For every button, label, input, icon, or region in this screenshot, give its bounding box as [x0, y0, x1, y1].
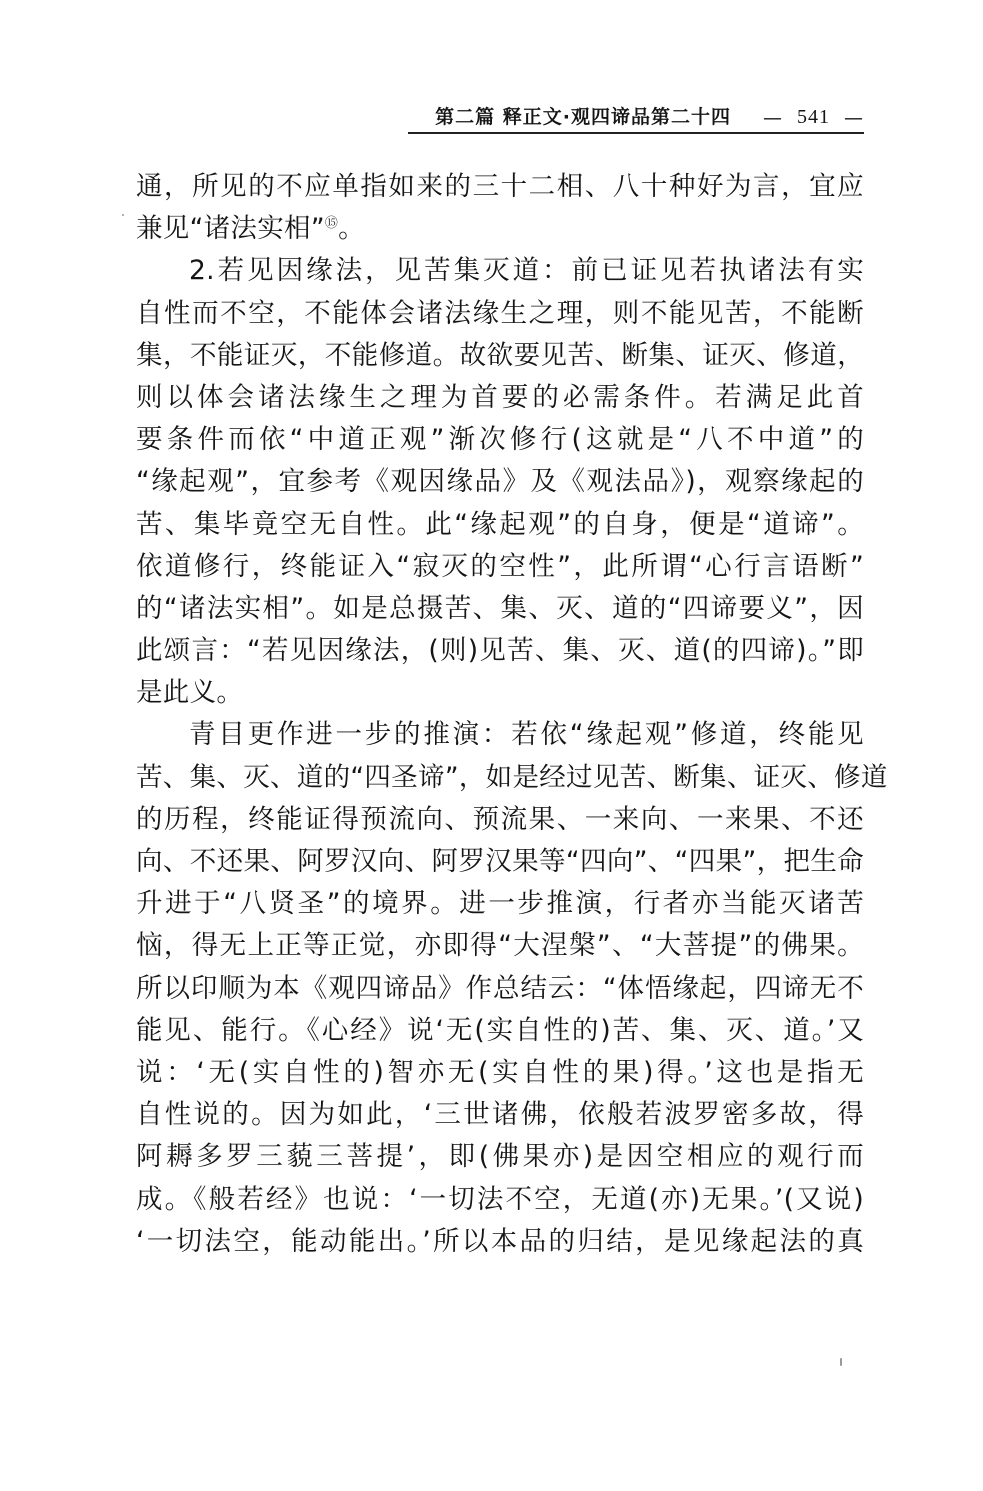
text-line: 自性说的。因为如此，‘三世诸佛，依般若波罗密多故，得 [136, 1094, 864, 1136]
text-line: 升进于“八贤圣”的境界。进一步推演，行者亦当能灭诸苦 [136, 883, 864, 925]
body-text: 通，所见的不应单指如来的三十二相、八十种好为言，宜应 兼见“诸法实相”⑮。 2.… [136, 166, 864, 1263]
text-line: 向、不还果、阿罗汉向、阿罗汉果等“四向”、“四果”，把生命 [136, 841, 864, 883]
text-line: “缘起观”，宜参考《观因缘品》及《观法品》)，观察缘起的 [136, 461, 864, 503]
page-number-dash-left: — [763, 107, 783, 129]
text-line: 阿耨多罗三藐三菩提’，即(佛果亦)是因空相应的观行而 [136, 1136, 864, 1178]
page-number: 541 [797, 106, 830, 129]
text-line: 成。《般若经》也说：‘一切法不空，无道(亦)无果。’(又说) [136, 1179, 864, 1221]
text-line: 能见、能行。《心经》说‘无(实自性的)苦、集、灭、道。’又 [136, 1010, 864, 1052]
text-line: ‘一切法空，能动能出。’所以本品的归结，是见缘起法的真 [136, 1221, 864, 1263]
chapter-title: 第二篇 释正文·观四谛品第二十四 [435, 102, 731, 129]
text-line: 此颂言：“若见因缘法，(则)见苦、集、灭、道(的四谛)。”即 [136, 630, 864, 672]
text-line: 自性而不空，不能体会诸法缘生之理，则不能见苦，不能断 [136, 293, 864, 335]
text-line: 苦、集、灭、道的“四圣谛”，如是经过见苦、断集、证灭、修道 [136, 757, 864, 799]
text-line-tail: 。 [338, 213, 365, 244]
text-line: 集，不能证灭，不能修道。故欲要见苦、断集、证灭、修道， [136, 335, 864, 377]
text-line: 苦、集毕竟空无自性。此“缘起观”的自身，便是“道谛”。 [136, 504, 864, 546]
text-line: 说：‘无(实自性的)智亦无(实自性的果)得。’这也是指无 [136, 1052, 864, 1094]
scan-speck [840, 1358, 842, 1366]
text-line-content: 兼见“诸法实相” [136, 213, 325, 244]
text-line: 是此义。 [136, 672, 864, 714]
text-line: 的历程，终能证得预流向、预流果、一来向、一来果、不还 [136, 799, 864, 841]
text-line: 要条件而依“中道正观”渐次修行(这就是“八不中道”的 [136, 419, 864, 461]
paragraph-start-line: 2.若见因缘法，见苦集灭道：前已证见若执诸法有实 [136, 250, 864, 292]
text-line: 的“诸法实相”。如是总摄苦、集、灭、道的“四谛要义”，因 [136, 588, 864, 630]
text-line: 依道修行，终能证入“寂灭的空性”，此所谓“心行言语断” [136, 546, 864, 588]
text-line: 通，所见的不应单指如来的三十二相、八十种好为言，宜应 [136, 166, 864, 208]
running-header: 第二篇 释正文·观四谛品第二十四 — 541 — [408, 104, 864, 134]
text-line: 则以体会诸法缘生之理为首要的必需条件。若满足此首 [136, 377, 864, 419]
text-line: 兼见“诸法实相”⑮。 [136, 208, 864, 250]
scan-speck [122, 214, 124, 216]
page-number-dash-right: — [844, 107, 864, 129]
text-line: 所以印顺为本《观四谛品》作总结云：“体悟缘起，四谛无不 [136, 968, 864, 1010]
text-line: 恼，得无上正等正觉，亦即得“大涅槃”、“大菩提”的佛果。 [136, 925, 864, 967]
footnote-marker[interactable]: ⑮ [325, 216, 338, 231]
paragraph-start-line: 青目更作进一步的推演：若依“缘起观”修道，终能见 [136, 714, 864, 756]
